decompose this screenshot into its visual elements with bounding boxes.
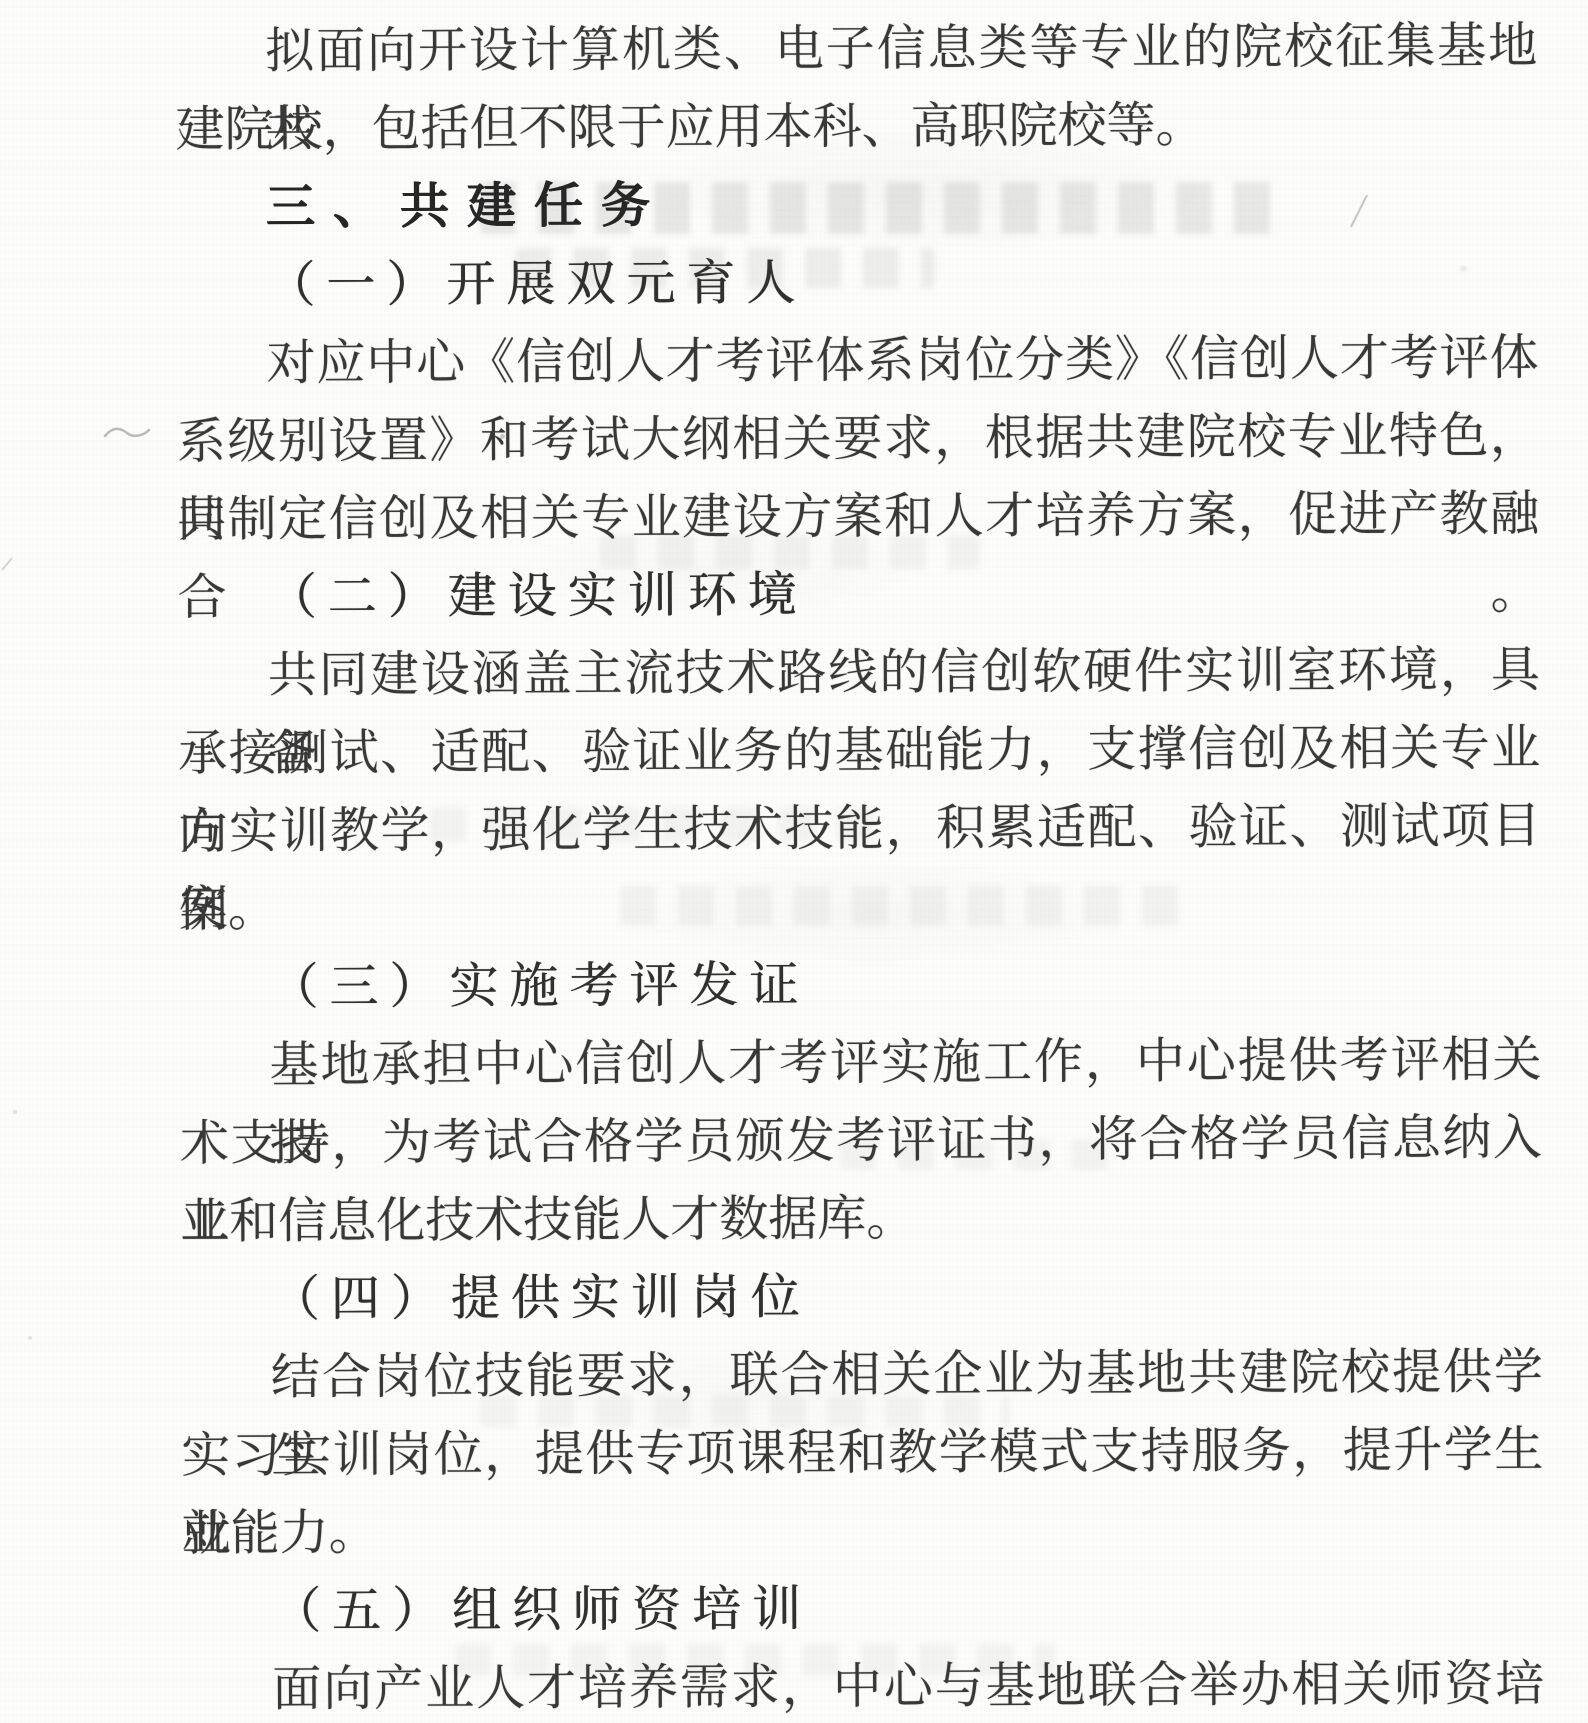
document-text-block: 拟面向开设计算机类、电子信息类等专业的院校征集基地共 建院校，包括但不限于应用本… bbox=[175, 7, 1544, 1723]
text-line: 对应中心《信创人才考评体系岗位分类》《信创人才考评体 bbox=[176, 319, 1538, 403]
subsection-heading: （四）提供实训岗位 bbox=[180, 1255, 1542, 1339]
subsection-heading: （一）开展双元育人 bbox=[176, 241, 1538, 325]
text-line: 向实训教学，强化学生技术技能，积累适配、验证、测试项目案 bbox=[178, 787, 1540, 871]
text-line: 承接测试、适配、验证业务的基础能力，支撑信创及相关专业方 bbox=[178, 709, 1540, 793]
text-line: 结合岗位技能要求，联合相关企业为基地共建院校提供学生 bbox=[181, 1333, 1543, 1417]
subsection-heading: （三）实施考评发证 bbox=[179, 943, 1541, 1027]
text-line: 术支持，为考试合格学员颁发考评证书，将合格学员信息纳入工 bbox=[180, 1099, 1542, 1183]
text-line: 拟面向开设计算机类、电子信息类等专业的院校征集基地共 bbox=[175, 7, 1537, 91]
edge-tick-mark bbox=[0, 555, 16, 573]
section-heading: 三、共建任务 bbox=[176, 163, 1538, 247]
subsection-heading: （五）组织师资培训 bbox=[182, 1567, 1544, 1651]
text-line: 共同建设涵盖主流技术路线的信创软硬件实训室环境，具备 bbox=[178, 631, 1540, 715]
text-line: 建院校，包括但不限于应用本科、高职院校等。 bbox=[175, 85, 1537, 169]
text-line: 例。 bbox=[179, 865, 1541, 949]
pencil-squiggle-mark bbox=[103, 420, 151, 446]
ink-speck bbox=[13, 1110, 17, 1114]
ink-speck bbox=[28, 1336, 32, 1340]
text-line: 面向产业人才培养需求，中心与基地联合举办相关师资培训， bbox=[182, 1645, 1544, 1723]
text-line: 基地承担中心信创人才考评实施工作，中心提供考评相关技 bbox=[179, 1021, 1541, 1105]
text-line: 实习实训岗位，提供专项课程和教学模式支持服务，提升学生就 bbox=[181, 1411, 1543, 1495]
text-line: 业和信息化技术技能人才数据库。 bbox=[180, 1177, 1542, 1261]
scanned-document-page: 拟面向开设计算机类、电子信息类等专业的院校征集基地共 建院校，包括但不限于应用本… bbox=[0, 0, 1588, 1723]
text-line: 系级别设置》和考试大纲相关要求，根据共建院校专业特色，共 bbox=[177, 397, 1539, 481]
text-line: 业能力。 bbox=[181, 1489, 1543, 1573]
text-line: 同制定信创及相关专业建设方案和人才培养方案，促进产教融合。 bbox=[177, 475, 1539, 559]
